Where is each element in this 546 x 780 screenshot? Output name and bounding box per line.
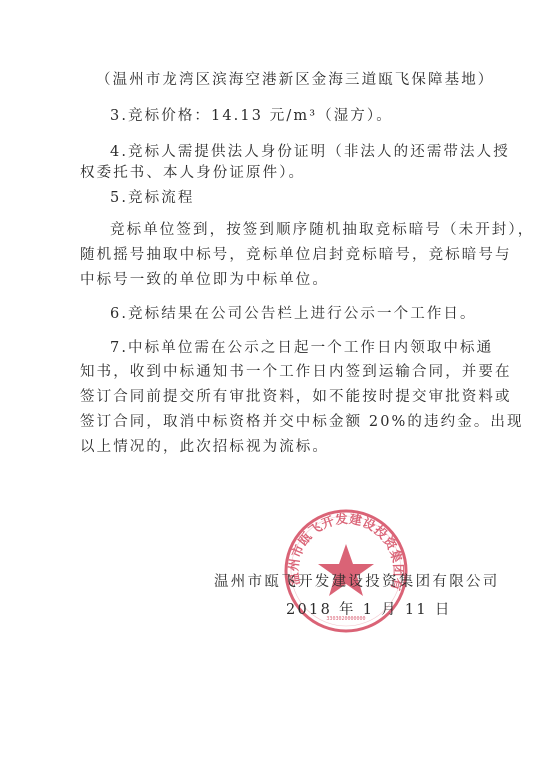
paragraph-process-1: 竞标单位签到，按签到顺序随机抽取竞标暗号（未开封）， [110, 220, 534, 240]
paragraph-winner-2: 知书，收到中标通知书一个工作日内签到运输合同，并要在 [80, 362, 512, 382]
document-page: （温州市龙湾区滨海空港新区金海三道瓯飞保障基地） 3.竞标价格：14.13 元/… [0, 0, 546, 780]
paragraph-price: 3.竞标价格：14.13 元/m³（湿方）。 [110, 106, 393, 126]
paragraph-winner-1: 7.中标单位需在公示之日起一个工作日内领取中标通 [110, 338, 493, 358]
paragraph-location: （温州市龙湾区滨海空港新区金海三道瓯飞保障基地） [96, 70, 494, 90]
signature-date: 2018 年 1 月 11 日 [286, 598, 452, 619]
paragraph-process-3: 中标号一致的单位即为中标单位。 [80, 270, 329, 290]
paragraph-winner-3: 签订合同前提交所有审批资料，如不能按时提交审批资料或 [80, 387, 512, 407]
paragraph-winner-4: 签订合同，取消中标资格并交中标金额 20%的违约金。出现 [80, 412, 524, 432]
paragraph-requirements: 4.竞标人需提供法人身份证明（非法人的还需带法人授 [110, 142, 510, 162]
paragraph-winner-5: 以上情况的，此次招标视为流标。 [80, 437, 329, 457]
signature-company: 温州市瓯飞开发建设投资集团有限公司 [214, 570, 500, 591]
paragraph-process-2: 随机摇号抽取中标号，竞标单位启封竞标暗号，竞标暗号与 [80, 245, 512, 265]
paragraph-requirements-cont: 权委托书、本人身份证原件）。 [80, 163, 305, 183]
paragraph-process-heading: 5.竞标流程 [110, 188, 194, 208]
paragraph-result: 6.竞标结果在公司公告栏上进行公示一个工作日。 [110, 304, 477, 324]
